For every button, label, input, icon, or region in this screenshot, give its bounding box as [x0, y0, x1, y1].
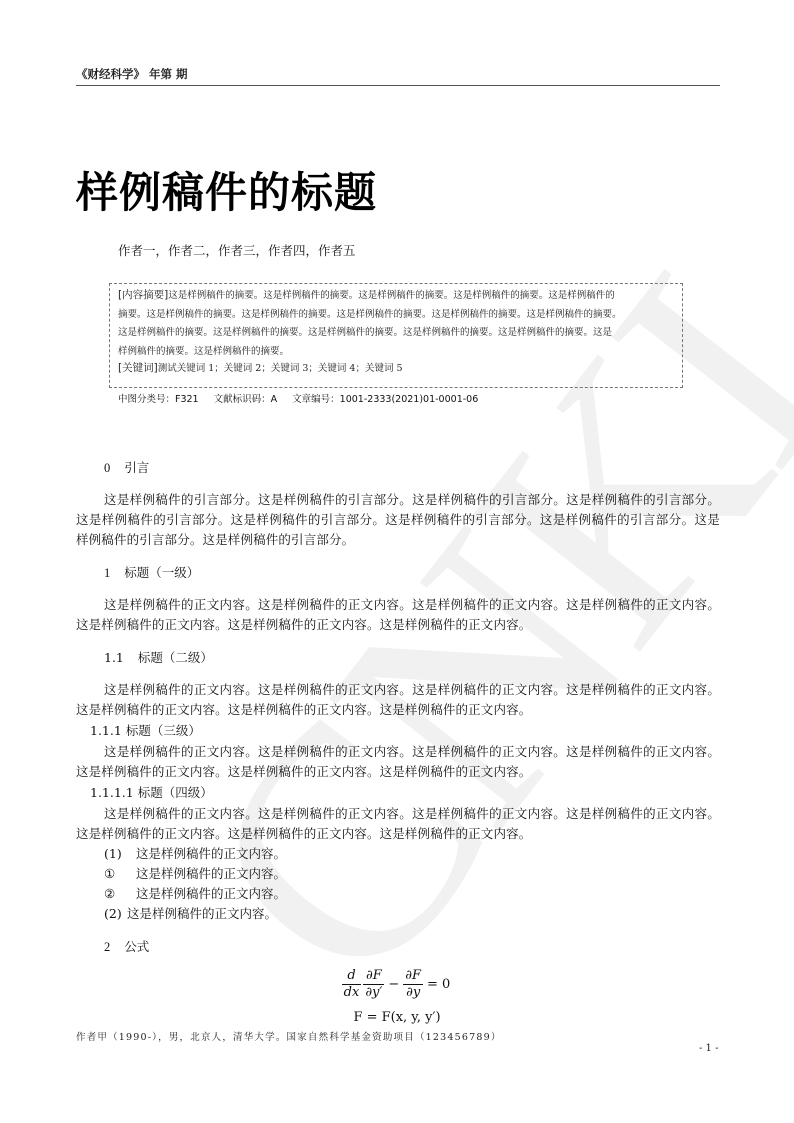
minus-sign: − [388, 977, 399, 992]
paper-page: 《财经科学》 年第 期 样例稿件的标题 作者一，作者二，作者三，作者四，作者五 … [0, 0, 794, 1123]
section-title: 标题（四级） [138, 785, 213, 800]
list-item: ①这是样例稿件的正文内容。 [76, 864, 720, 884]
list-text: 这是样例稿件的正文内容。 [127, 906, 277, 921]
abstract-label: [内容摘要] [118, 289, 168, 301]
body-paragraph: 这是样例稿件的正文内容。这是样例稿件的正文内容。这是样例稿件的正文内容。这是样例… [76, 595, 720, 635]
section-number: 2 [104, 940, 110, 954]
section-title: 标题（三级） [126, 723, 201, 738]
equation-rhs: = 0 [427, 977, 450, 992]
abstract-text: 这是样例稿件的摘要。这是样例稿件的摘要。这是样例稿件的摘要。这是样例稿件的摘要。… [168, 290, 615, 301]
list-item: (2)这是样例稿件的正文内容。 [76, 904, 720, 924]
classification-line: 中图分类号：F321 文献标识码：A 文章编号：1001-2333(2021)0… [118, 391, 490, 405]
section-title: 引言 [124, 460, 149, 475]
list-marker: (1) [104, 844, 136, 864]
abstract-box: [内容摘要]这是样例稿件的摘要。这是样例稿件的摘要。这是样例稿件的摘要。这是样例… [109, 283, 683, 388]
section-number: 1 [104, 566, 110, 580]
section-title: 标题（一级） [124, 565, 199, 580]
page-number: - 1 - [699, 1043, 718, 1054]
author-footnote: 作者甲（1990-），男，北京人，清华大学。国家自然科学基金资助项目（12345… [76, 1029, 502, 1043]
abstract-line: [内容摘要]这是样例稿件的摘要。这是样例稿件的摘要。这是样例稿件的摘要。这是样例… [118, 286, 674, 306]
body-paragraph: 这是样例稿件的正文内容。这是样例稿件的正文内容。这是样例稿件的正文内容。这是样例… [76, 742, 720, 782]
abstract-line: 这是样例稿件的摘要。这是样例稿件的摘要。这是样例稿件的摘要。这是样例稿件的摘要。… [118, 324, 674, 343]
list-text: 这是样例稿件的正文内容。 [136, 846, 286, 861]
equation-function-definition: F = F(x, y, y′) [0, 1010, 794, 1025]
section-title: 公式 [124, 939, 149, 954]
article-number: 文章编号：1001-2333(2021)01-0001-06 [292, 394, 478, 405]
body-paragraph: 这是样例稿件的正文内容。这是样例稿件的正文内容。这是样例稿件的正文内容。这是样例… [76, 680, 720, 720]
keywords-label: [关键词] [118, 362, 158, 374]
running-head: 《财经科学》 年第 期 [76, 66, 720, 86]
section-number: 0 [104, 461, 110, 475]
equation-euler-lagrange: ddx∂F∂y′−∂F∂y= 0 [0, 968, 794, 1001]
section-heading-level2: 1.1标题（二级） [76, 647, 720, 669]
fraction: ∂F∂y [403, 968, 423, 1001]
list-text: 这是样例稿件的正文内容。 [136, 866, 286, 881]
section-title: 标题（二级） [138, 650, 213, 665]
author-list: 作者一，作者二，作者三，作者四，作者五 [118, 241, 356, 259]
keywords-line: [关键词]测试关键词 1；关键词 2；关键词 3；关键词 4；关键词 5 [118, 361, 674, 376]
fraction: ddx [342, 968, 362, 1001]
main-content: 0引言 这是样例稿件的引言部分。这是样例稿件的引言部分。这是样例稿件的引言部分。… [76, 457, 720, 958]
abstract-line: 摘要。这是样例稿件的摘要。这是样例稿件的摘要。这是样例稿件的摘要。这是样例稿件的… [118, 306, 674, 325]
section-heading-introduction: 0引言 [76, 457, 720, 479]
list-item: (1)这是样例稿件的正文内容。 [76, 844, 720, 864]
section-number: 1.1 [104, 650, 124, 665]
section-number: 1.1.1.1 [90, 785, 134, 800]
list-marker: ② [104, 884, 136, 904]
section-heading-level1: 1标题（一级） [76, 562, 720, 584]
clc-number: 中图分类号：F321 [118, 394, 199, 405]
body-paragraph: 这是样例稿件的正文内容。这是样例稿件的正文内容。这是样例稿件的正文内容。这是样例… [76, 804, 720, 844]
list-marker: ① [104, 864, 136, 884]
section-heading-level3: 1.1.1标题（三级） [76, 720, 720, 742]
paper-title: 样例稿件的标题 [76, 160, 377, 220]
keywords-text: 测试关键词 1；关键词 2；关键词 3；关键词 4；关键词 5 [158, 363, 403, 374]
section-number: 1.1.1 [90, 723, 122, 738]
abstract-line: 样例稿件的摘要。这是样例稿件的摘要。 [118, 343, 674, 362]
section-heading-formula: 2公式 [76, 936, 720, 958]
fraction: ∂F∂y′ [363, 968, 384, 1001]
list-item: ②这是样例稿件的正文内容。 [76, 884, 720, 904]
list-marker: (2) [104, 904, 127, 924]
document-code: 文献标识码：A [214, 394, 278, 405]
list-text: 这是样例稿件的正文内容。 [136, 886, 286, 901]
introduction-paragraph: 这是样例稿件的引言部分。这是样例稿件的引言部分。这是样例稿件的引言部分。这是样例… [76, 490, 720, 550]
section-heading-level4: 1.1.1.1标题（四级） [76, 782, 720, 804]
